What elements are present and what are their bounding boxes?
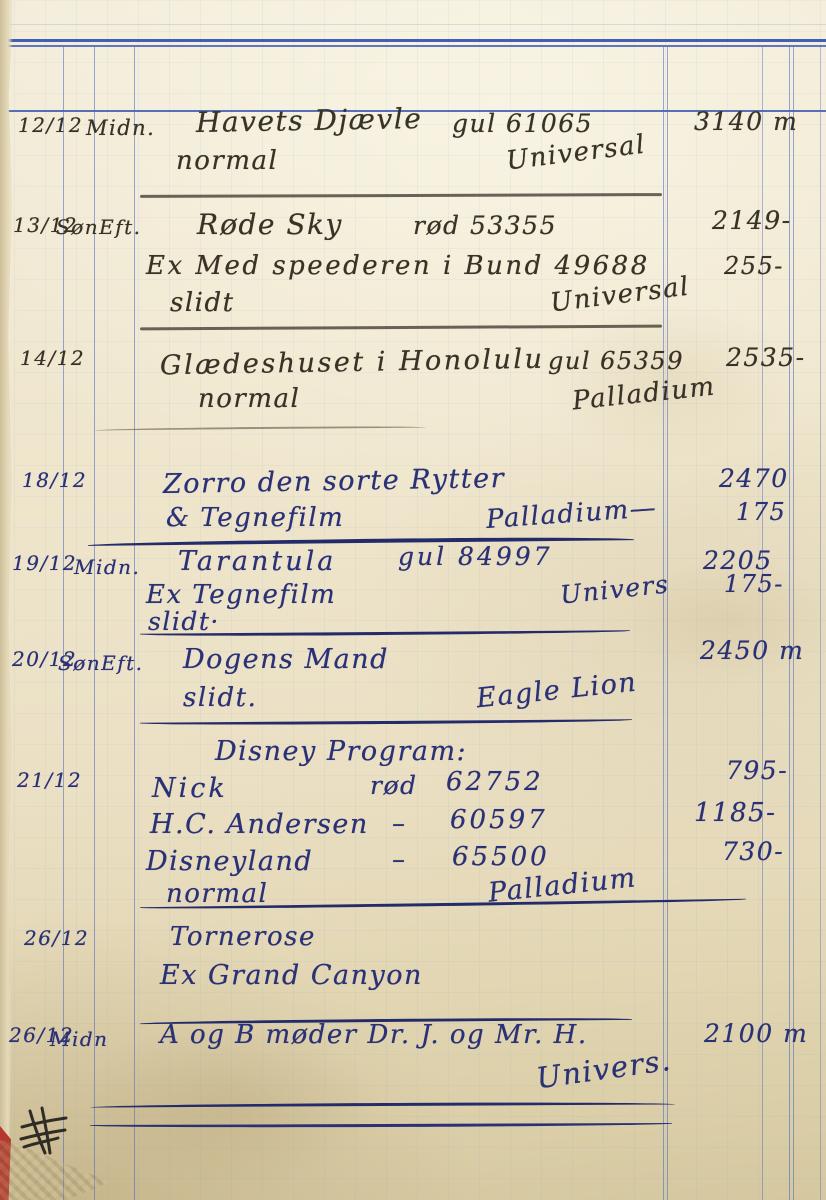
entry-date: 12/12 bbox=[18, 113, 83, 137]
amount: 795- bbox=[726, 756, 788, 785]
entry-note: slidt. bbox=[183, 683, 257, 713]
entry-session: Midn. bbox=[86, 116, 155, 140]
film-title: Havets Djævle bbox=[196, 102, 423, 139]
reel-code: gul 84997 bbox=[398, 542, 553, 571]
reel-number: 65500 bbox=[452, 842, 550, 872]
amount: 3140 m bbox=[694, 107, 798, 136]
head-rule-thick bbox=[0, 39, 826, 42]
film-title: A og B møder Dr. J. og Mr. H. bbox=[160, 1020, 588, 1050]
film-title: Tarantula bbox=[178, 546, 336, 577]
reel-number: 62752 bbox=[446, 767, 544, 797]
film-title: Røde Sky bbox=[197, 208, 343, 241]
amount: 2535- bbox=[726, 343, 806, 372]
film-title: Tornerose bbox=[170, 922, 316, 952]
entry-note: normal bbox=[166, 879, 268, 909]
extra-title: Ex Med speederen i Bund 49688 bbox=[146, 251, 650, 281]
entry-note: normal bbox=[176, 146, 278, 176]
amount: 730- bbox=[722, 837, 784, 866]
entry-date: 19/12 bbox=[12, 551, 77, 575]
film-title: Dogens Mand bbox=[183, 644, 389, 675]
film-title: Disneyland bbox=[146, 846, 313, 877]
film-title: Zorro den sorte Rytter bbox=[163, 463, 506, 500]
ledger-page: 12/12 Midn. Havets Djævle gul 61065 3140… bbox=[0, 0, 826, 1200]
amount: 2149- bbox=[712, 206, 792, 235]
dash-mark: – bbox=[392, 845, 407, 875]
reel-code: gul 65359 bbox=[548, 347, 684, 375]
entry-date: 18/12 bbox=[22, 468, 87, 492]
amount: 1185- bbox=[694, 798, 776, 828]
entry-date: 21/12 bbox=[17, 768, 82, 792]
faint-top-rule bbox=[0, 24, 826, 25]
crossed-out-scribble bbox=[18, 1103, 70, 1159]
reel-number: 60597 bbox=[450, 805, 548, 835]
dash-mark: – bbox=[392, 809, 407, 839]
entry-note: slidt bbox=[170, 288, 235, 318]
entry-session: SønEft. bbox=[58, 651, 144, 675]
entry-session: SønEft. bbox=[56, 215, 142, 239]
entry-note: normal bbox=[198, 384, 300, 414]
film-title: Nick bbox=[152, 773, 228, 804]
entry-date: 26/12 bbox=[24, 926, 89, 950]
amount: 2100 m bbox=[704, 1019, 808, 1048]
extra-title: Ex Tegnefilm bbox=[146, 580, 336, 610]
program-header: Disney Program: bbox=[215, 736, 467, 767]
entry-note: slidt· bbox=[148, 607, 220, 636]
torn-left-edge bbox=[0, 0, 14, 1200]
film-title: H.C. Andersen bbox=[150, 809, 369, 840]
column-rule bbox=[667, 47, 668, 1200]
reel-code: rød 53355 bbox=[413, 211, 557, 240]
amount: 2470 bbox=[719, 464, 789, 493]
column-rule bbox=[820, 47, 821, 1200]
extra-title: Ex Grand Canyon bbox=[160, 960, 423, 991]
amount: 2450 m bbox=[700, 636, 804, 665]
head-rule-thin bbox=[0, 45, 826, 47]
extra-amount: 175 bbox=[736, 498, 786, 526]
extra-amount: 175- bbox=[724, 570, 784, 598]
entry-session: Midn. bbox=[74, 555, 140, 579]
entry-date: 14/12 bbox=[20, 346, 85, 370]
reel-code: rød bbox=[370, 771, 418, 800]
column-rule bbox=[663, 47, 664, 1200]
extra-title: & Tegnefilm bbox=[166, 503, 344, 533]
extra-amount: 255- bbox=[724, 252, 784, 280]
reel-code: gul 61065 bbox=[452, 109, 593, 138]
entry-session: Midn bbox=[50, 1027, 109, 1051]
